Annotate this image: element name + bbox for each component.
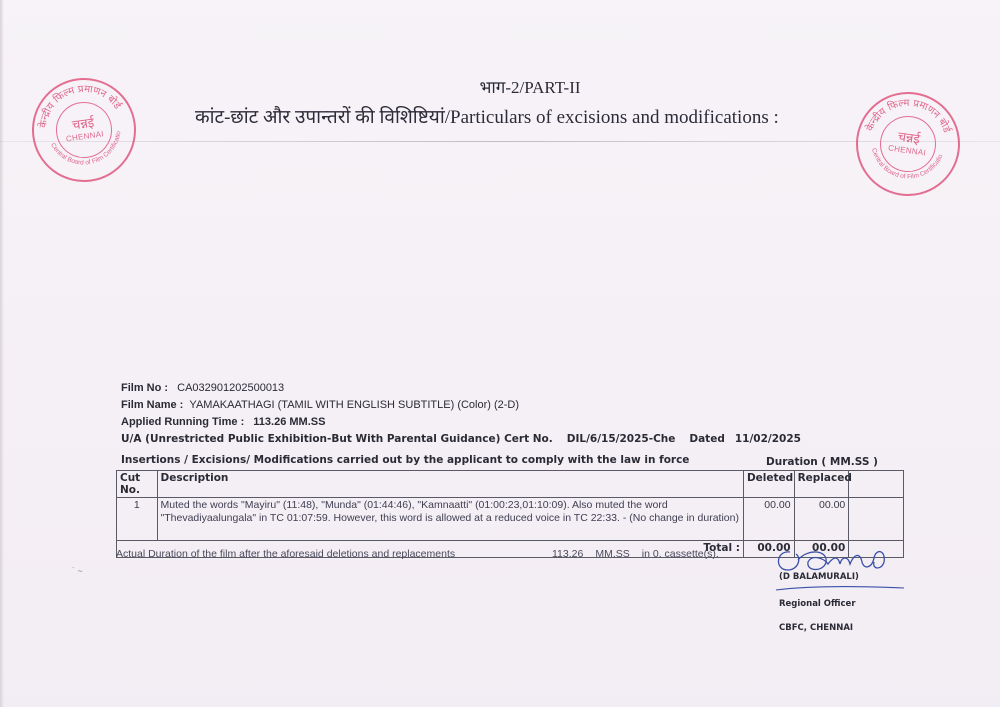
col-header-deleted: Deleted — [743, 471, 794, 498]
scan-smudge: ˙ ~ — [72, 566, 83, 576]
certificate-category: U/A (Unrestricted Public Exhibition-But … — [121, 433, 553, 445]
actual-duration-unit: MM.SS — [595, 548, 629, 560]
film-name-value: YAMAKAATHAGI (TAMIL WITH ENGLISH SUBTITL… — [189, 399, 519, 411]
replaced-cell: 00.00 — [794, 498, 849, 541]
running-time-label: Applied Running Time : — [121, 416, 244, 428]
scan-edge — [0, 0, 4, 707]
cut-no-cell: 1 — [117, 498, 158, 541]
part-heading: भाग-2/PART-II — [0, 75, 1000, 98]
col-header-cut-no: Cut No. — [117, 471, 158, 498]
description-cell: Muted the words "Mayiru" (11:48), "Munda… — [157, 498, 743, 541]
col-header-replaced: Replaced — [794, 471, 849, 498]
running-time-value: 113.26 MM.SS — [253, 416, 325, 428]
signature-icon — [768, 540, 908, 600]
running-time-row: Applied Running Time : 113.26 MM.SS — [121, 416, 325, 428]
film-no-value: CA032901202500013 — [177, 382, 284, 394]
cbfc-seal-left: केन्द्रीय फिल्म प्रमाणन बोर्ड Central Bo… — [25, 71, 142, 188]
col-header-description: Description — [157, 471, 743, 498]
dated-value: 11/02/2025 — [735, 433, 801, 445]
table-header-row: Cut No. Description Deleted Replaced — [117, 471, 904, 498]
page-title: कांट-छांट और उपान्तरों की विशिष्टियां/Pa… — [195, 103, 779, 129]
dated-label: Dated — [689, 433, 724, 445]
film-name-row: Film Name : YAMAKAATHAGI (TAMIL WITH ENG… — [121, 399, 519, 411]
signatory-name: (D BALAMURALI) — [779, 572, 859, 582]
actual-duration-label: Actual Duration of the film after the af… — [116, 548, 455, 560]
film-no-label: Film No : — [121, 382, 168, 394]
certificate-row: U/A (Unrestricted Public Exhibition-But … — [121, 433, 801, 445]
actual-duration-value: 113.26 — [552, 548, 583, 560]
blank-cell — [849, 498, 904, 541]
table-row: 1 Muted the words "Mayiru" (11:48), "Mun… — [117, 498, 904, 541]
cbfc-seal-right: केन्द्रीय फिल्म प्रमाणन बोर्ड Central Bo… — [849, 85, 966, 202]
actual-duration-value-row: 113.26MM.SSin 0. cassette(s). — [552, 548, 731, 560]
fold-line — [0, 141, 1000, 142]
signatory-organization: CBFC, CHENNAI — [779, 623, 853, 633]
film-name-label: Film Name : — [121, 399, 183, 411]
modifications-heading: Insertions / Excisions/ Modifications ca… — [121, 454, 689, 466]
signatory-title: Regional Officer — [779, 599, 856, 609]
cassette-count: in 0. cassette(s). — [642, 548, 719, 560]
col-header-blank — [849, 471, 904, 498]
film-no-row: Film No : CA032901202500013 — [121, 382, 284, 394]
deleted-cell: 00.00 — [743, 498, 794, 541]
cert-no-value: DIL/6/15/2025-Che — [567, 433, 676, 445]
duration-heading: Duration ( MM.SS ) — [766, 456, 878, 468]
